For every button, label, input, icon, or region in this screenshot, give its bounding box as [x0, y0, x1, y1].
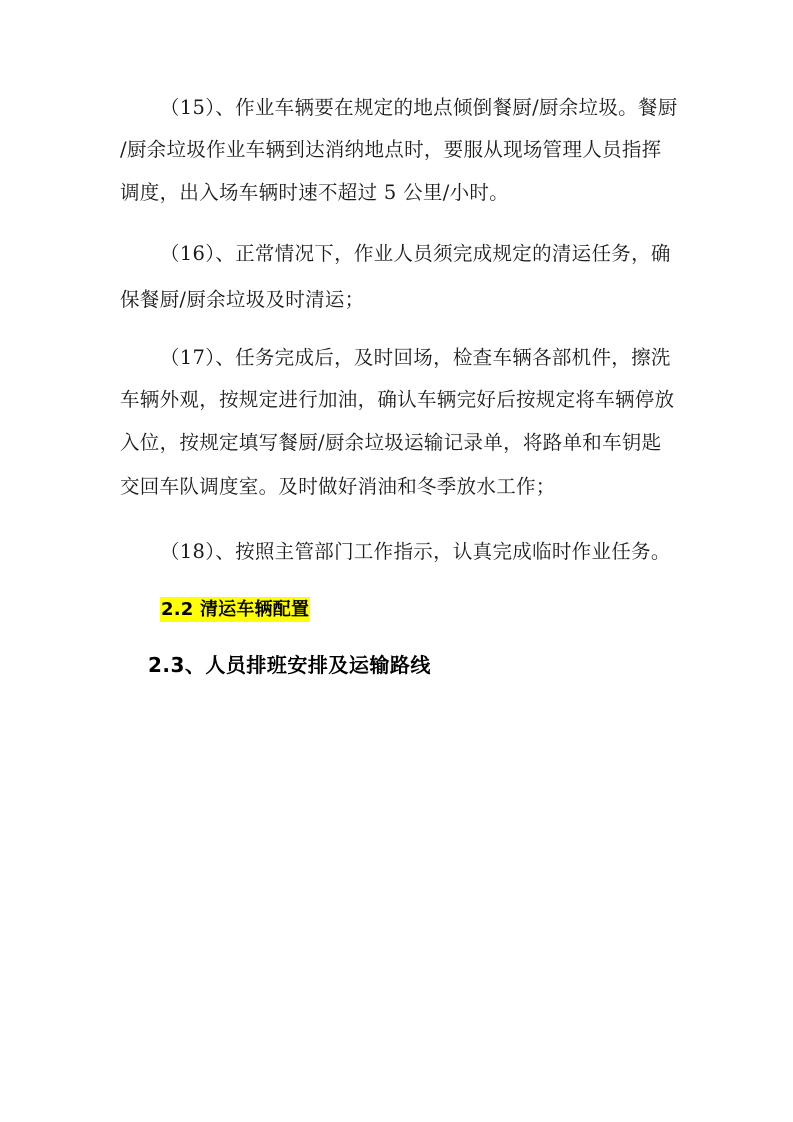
- section-heading-2-2: 2.2 清运车辆配置: [160, 597, 310, 622]
- paragraph-line: 入位，按规定填写餐厨/厨余垃圾运输记录单，将路单和车钥匙: [120, 431, 661, 455]
- paragraph-line: 调度，出入场车辆时速不超过 5 公里/小时。: [120, 181, 509, 205]
- document-page: （15）、作业车辆要在规定的地点倾倒餐厨/厨余垃圾。餐厨 /厨余垃圾作业车辆到达…: [0, 0, 793, 1122]
- paragraph-line: （15）、作业车辆要在规定的地点倾倒餐厨/厨余垃圾。餐厨: [160, 96, 678, 120]
- paragraph-line: /厨余垃圾作业车辆到达消纳地点时，要服从现场管理人员指挥: [120, 138, 661, 162]
- paragraph-line: （17）、任务完成后，及时回场，检查车辆各部机件，擦洗: [160, 346, 671, 370]
- paragraph-line: 车辆外观，按规定进行加油，确认车辆完好后按规定将车辆停放: [120, 388, 674, 412]
- section-heading-2-3: 2.3、人员排班安排及运输路线: [148, 652, 431, 678]
- paragraph-line: 交回车队调度室。及时做好消油和冬季放水工作；: [120, 475, 556, 499]
- paragraph-line: （16）、正常情况下，作业人员须完成规定的清运任务，确: [160, 242, 671, 266]
- paragraph-line: （18）、按照主管部门工作指示，认真完成临时作业任务。: [160, 540, 671, 564]
- paragraph-line: 保餐厨/厨余垃圾及时清运；: [120, 288, 364, 312]
